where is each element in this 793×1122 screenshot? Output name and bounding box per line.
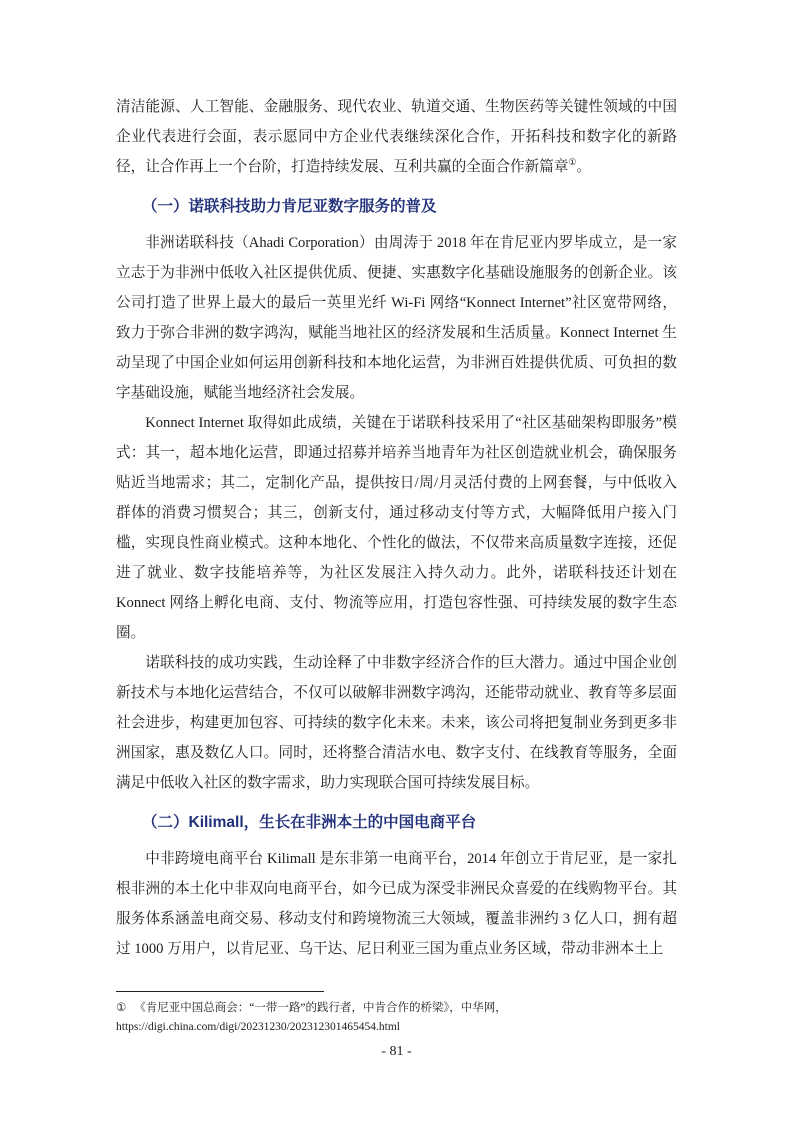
- section-heading-2: （二）Kilimall，生长在非洲本土的中国电商平台: [116, 808, 677, 838]
- footnote-url: https://digi.china.com/digi/20231230/202…: [116, 1018, 677, 1037]
- paragraph: 诺联科技的成功实践，生动诠释了中非数字经济合作的巨大潜力。通过中国企业创新技术与…: [116, 648, 677, 798]
- footnote-text: 《肯尼亚中国总商会：“一带一路”的践行者，中肯合作的桥梁》，中华网，: [134, 1002, 506, 1014]
- document-body: 清洁能源、人工智能、金融服务、现代农业、轨道交通、生物医药等关键性领域的中国企业…: [116, 92, 677, 964]
- paragraph-intro: 清洁能源、人工智能、金融服务、现代农业、轨道交通、生物医药等关键性领域的中国企业…: [116, 92, 677, 182]
- paragraph: 非洲诺联科技（Ahadi Corporation）由周涛于 2018 年在肯尼亚…: [116, 228, 677, 408]
- paragraph: Konnect Internet 取得如此成绩，关键在于诺联科技采用了“社区基础…: [116, 408, 677, 648]
- paragraph-intro-tail: 。: [577, 159, 592, 175]
- footnote-reference: ①: [568, 157, 576, 167]
- footnote-separator: [116, 991, 324, 992]
- page-number: - 81 -: [0, 1044, 793, 1060]
- footnote-area: ①《肯尼亚中国总商会：“一带一路”的践行者，中肯合作的桥梁》，中华网，https…: [116, 991, 677, 1037]
- footnote: ①《肯尼亚中国总商会：“一带一路”的践行者，中肯合作的桥梁》，中华网，https…: [116, 999, 677, 1037]
- section-heading-1: （一）诺联科技助力肯尼亚数字服务的普及: [116, 192, 677, 222]
- paragraph-intro-text: 清洁能源、人工智能、金融服务、现代农业、轨道交通、生物医药等关键性领域的中国企业…: [116, 99, 677, 175]
- document-page: 清洁能源、人工智能、金融服务、现代农业、轨道交通、生物医药等关键性领域的中国企业…: [0, 0, 793, 1122]
- footnote-marker: ①: [116, 1002, 126, 1014]
- paragraph: 中非跨境电商平台 Kilimall 是东非第一电商平台，2014 年创立于肯尼亚…: [116, 844, 677, 964]
